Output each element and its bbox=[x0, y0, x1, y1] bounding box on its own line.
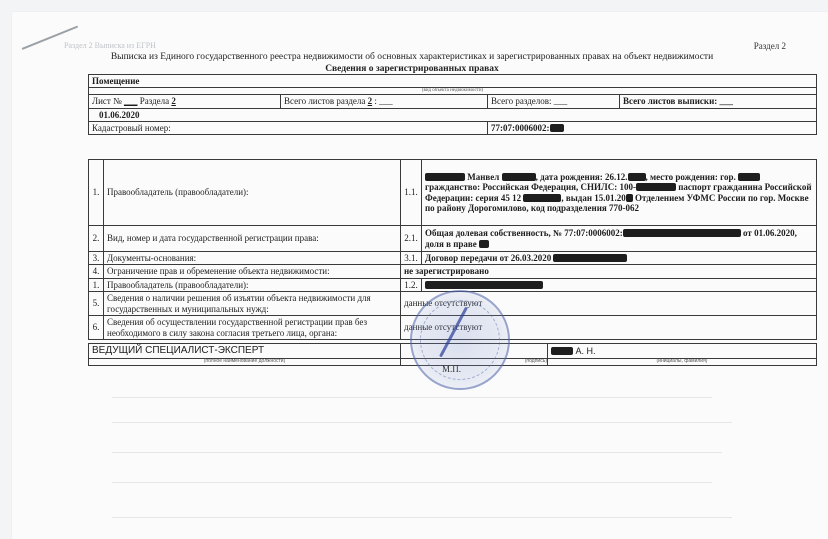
redaction bbox=[553, 254, 627, 262]
signer-position: ВЕДУЩИЙ СПЕЦИАЛИСТ-ЭКСПЕРТ bbox=[89, 344, 401, 359]
row-label: Документы-основания: bbox=[104, 252, 401, 265]
cadastral-value: 77:07:0006002: bbox=[491, 123, 550, 133]
row-subnumber: 2.1. bbox=[401, 226, 422, 252]
row-number: 4. bbox=[89, 265, 104, 278]
table-row: 1. Правообладатель (правообладатели): 1.… bbox=[89, 160, 817, 226]
section-value: 2 bbox=[171, 96, 176, 106]
cadastral-label: Кадастровый номер: bbox=[89, 122, 488, 135]
signer-name: А. Н. bbox=[576, 346, 596, 356]
object-header-table: Помещение (вид объекта недвижимости) Лис… bbox=[88, 74, 817, 135]
total-section-sheets-cell: Всего листов раздела 2 : ___ bbox=[281, 95, 488, 108]
document-subtitle: Сведения о зарегистрированных правах bbox=[72, 64, 752, 74]
redaction bbox=[628, 173, 646, 181]
position-caption: (полное наименование должности) bbox=[89, 358, 401, 365]
section-word: Раздела bbox=[140, 96, 169, 106]
value-part: гражданство: Российская Федерация, СНИЛС… bbox=[425, 182, 636, 192]
row-label: Вид, номер и дата государственной регист… bbox=[104, 226, 401, 252]
total-sections-blank: ___ bbox=[554, 96, 568, 106]
object-type: Помещение bbox=[89, 75, 817, 88]
total-extract-sheets-label: Всего листов выписки: bbox=[623, 96, 717, 106]
row-label: Сведения об осуществлении государственно… bbox=[104, 316, 401, 340]
bleed-line bbox=[112, 397, 712, 398]
redaction bbox=[551, 347, 573, 355]
value-part: , выдан 15.01.20 bbox=[561, 193, 625, 203]
value-part: Общая долевая собственность, № 77:07:000… bbox=[425, 228, 623, 238]
row-subnumber: 3.1. bbox=[401, 252, 422, 265]
total-section-sheets-value: 2 bbox=[368, 96, 373, 106]
row-number: 2. bbox=[89, 226, 104, 252]
table-row: 2. Вид, номер и дата государственной рег… bbox=[89, 226, 817, 252]
extract-date: 01.06.2020 bbox=[89, 108, 817, 121]
total-section-sheets-blank: : ___ bbox=[374, 96, 392, 106]
row-label: Сведения о наличии решения об изъятии об… bbox=[104, 292, 401, 316]
sheet-label: Лист № bbox=[92, 96, 122, 106]
row-label: Правообладатель (правообладатели): bbox=[104, 160, 401, 226]
name-caption: (инициалы, фамилия) bbox=[548, 358, 817, 365]
redaction bbox=[502, 173, 536, 181]
row-subnumber: 1.1. bbox=[401, 160, 422, 226]
total-sections-label: Всего разделов: bbox=[491, 96, 552, 106]
bleed-line bbox=[112, 422, 732, 423]
total-section-sheets-label: Всего листов раздела bbox=[284, 96, 365, 106]
redaction bbox=[550, 124, 564, 132]
redaction bbox=[479, 240, 489, 248]
official-stamp bbox=[410, 290, 510, 390]
redaction bbox=[523, 194, 561, 202]
stamp-label: М.П. bbox=[442, 364, 461, 374]
value-part: , дата рождения: 26.12. bbox=[536, 172, 628, 182]
row-value bbox=[422, 278, 817, 291]
value-part: Манвел bbox=[467, 172, 499, 182]
redaction bbox=[626, 194, 633, 202]
sheet-blank: ___ bbox=[124, 96, 138, 106]
bleed-line bbox=[112, 482, 712, 483]
redaction bbox=[623, 229, 741, 237]
total-extract-sheets-blank: ___ bbox=[720, 96, 734, 106]
sheet-number-cell: Лист № ___ Раздела 2 bbox=[89, 95, 281, 108]
row-label: Правообладатель (правообладатели): bbox=[104, 278, 401, 291]
table-row: 3. Документы-основания: 3.1. Договор пер… bbox=[89, 252, 817, 265]
total-sections-cell: Всего разделов: ___ bbox=[488, 95, 620, 108]
table-row: 4. Ограничение прав и обременение объект… bbox=[89, 265, 817, 278]
value-part: , место рождения: гор. bbox=[646, 172, 736, 182]
cadastral-value-cell: 77:07:0006002: bbox=[488, 122, 817, 135]
row-number: 5. bbox=[89, 292, 104, 316]
signer-name-cell: А. Н. bbox=[548, 344, 817, 359]
row-label: Ограничение прав и обременение объекта н… bbox=[104, 265, 401, 278]
redaction bbox=[425, 173, 465, 181]
row-value: Общая долевая собственность, № 77:07:000… bbox=[422, 226, 817, 252]
redaction bbox=[425, 281, 543, 289]
row-number: 6. bbox=[89, 316, 104, 340]
row-number: 1. bbox=[89, 278, 104, 291]
row-number: 3. bbox=[89, 252, 104, 265]
row-value: Договор передачи от 26.03.2020 bbox=[422, 252, 817, 265]
row-value: не зарегистрировано bbox=[401, 265, 817, 278]
total-extract-sheets-cell: Всего листов выписки: ___ bbox=[620, 95, 817, 108]
redaction bbox=[738, 173, 760, 181]
redaction bbox=[636, 183, 676, 191]
bleed-line bbox=[112, 452, 722, 453]
document-page: Раздел 2 Выписка из ЕГРН Раздел 2 Выписк… bbox=[12, 12, 828, 539]
row-number: 1. bbox=[89, 160, 104, 226]
row-value: Манвел , дата рождения: 26.12., место ро… bbox=[422, 160, 817, 226]
document-title: Выписка из Единого государственного реес… bbox=[72, 52, 752, 62]
object-type-caption: (вид объекта недвижимости) bbox=[89, 88, 817, 95]
section-label: Раздел 2 bbox=[754, 41, 786, 51]
row-subnumber: 1.2. bbox=[401, 278, 422, 291]
bleed-line bbox=[112, 517, 732, 518]
bleed-through-text: Раздел 2 Выписка из ЕГРН bbox=[64, 41, 744, 50]
value-part: Договор передачи от 26.03.2020 bbox=[425, 253, 553, 263]
